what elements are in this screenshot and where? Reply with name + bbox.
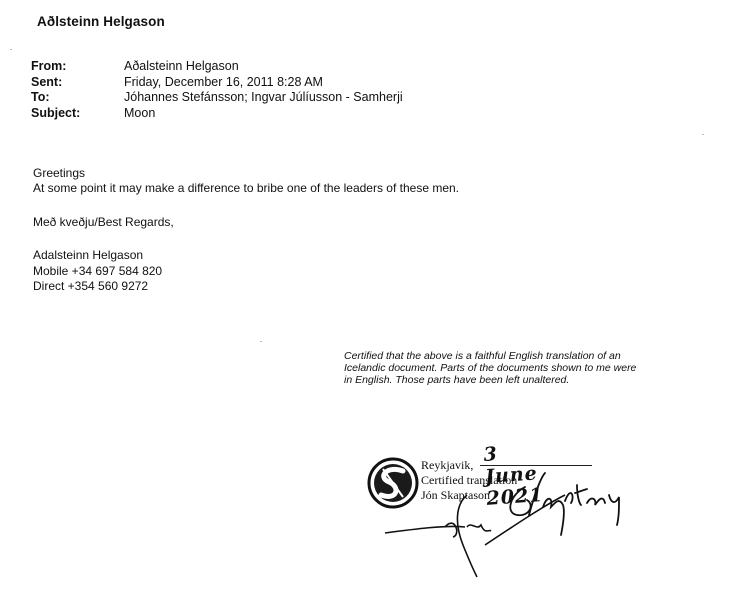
meta-row-to: To: Jóhannes Stefánsson; Ingvar Júlíusso…	[31, 90, 403, 106]
meta-label: To:	[31, 90, 124, 106]
scan-speck	[10, 49, 12, 50]
meta-label: Subject:	[31, 106, 124, 122]
scan-speck	[702, 134, 704, 135]
meta-label: Sent:	[31, 75, 124, 91]
message-line: At some point it may make a difference t…	[33, 181, 459, 196]
signature-name: Adalsteinn Helgason	[33, 248, 162, 264]
direct-number: Direct +354 560 9272	[33, 279, 162, 295]
meta-value: Moon	[124, 106, 155, 122]
email-signature: Adalsteinn Helgason Mobile +34 697 584 8…	[33, 248, 162, 295]
document-header-name: Aðlsteinn Helgason	[37, 14, 165, 29]
meta-row-sent: Sent: Friday, December 16, 2011 8:28 AM	[31, 75, 403, 91]
meta-value: Aðalsteinn Helgason	[124, 59, 239, 75]
email-metadata: From: Aðalsteinn Helgason Sent: Friday, …	[31, 59, 403, 121]
meta-label: From:	[31, 59, 124, 75]
scan-speck	[260, 341, 262, 342]
meta-row-subject: Subject: Moon	[31, 106, 403, 122]
mobile-number: Mobile +34 697 584 820	[33, 264, 162, 280]
handwritten-signature	[405, 445, 665, 585]
greeting-line: Greetings	[33, 166, 459, 181]
certification-statement: Certified that the above is a faithful E…	[344, 351, 644, 386]
meta-value: Friday, December 16, 2011 8:28 AM	[124, 75, 323, 91]
meta-row-from: From: Aðalsteinn Helgason	[31, 59, 403, 75]
closing-line: Með kveðju/Best Regards,	[33, 215, 174, 230]
email-greeting-block: Greetings At some point it may make a di…	[33, 166, 459, 196]
meta-value: Jóhannes Stefánsson; Ingvar Júlíusson - …	[124, 90, 403, 106]
